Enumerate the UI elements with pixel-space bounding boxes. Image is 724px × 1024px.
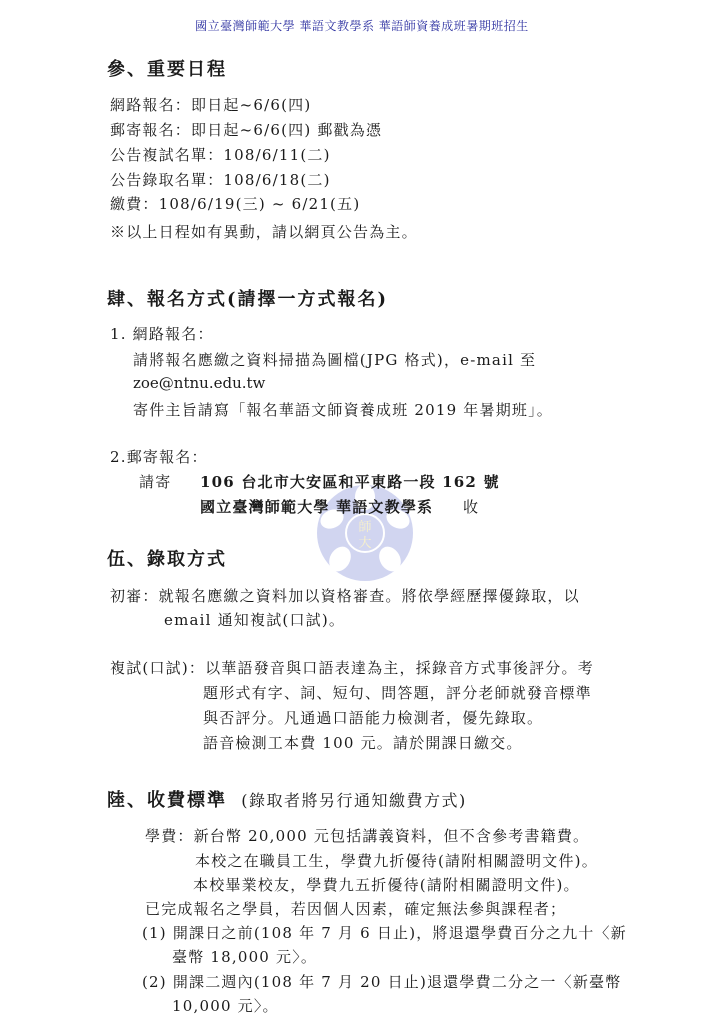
second-review-text: 題形式有字、詞、短句、問答題，評分老師就發音標準 [203,682,592,703]
page-header: 國立臺灣師範大學 華語文教學系 華語師資養成班暑期班招生 [0,17,724,34]
second-review-text: 與否評分。凡通過口語能力檢測者，優先錄取。 [203,707,543,728]
section-heading-admission: 伍、錄取方式 [107,545,227,571]
schedule-item: 郵寄報名：即日起~6/6(四) 郵戳為憑 [110,119,382,140]
initial-review-text: 初審：就報名應繳之資料加以資格審查。將依學經歷擇優錄取，以 [110,585,580,606]
schedule-note: ※以上日程如有異動，請以網頁公告為主。 [110,221,418,242]
fees-heading-note: (錄取者將另行通知繳費方式) [241,791,467,810]
online-registration-subject: 寄件主旨請寫「報名華語文師資養成班 2019 年暑期班」。 [133,399,553,420]
online-registration-label: 1. 網路報名： [110,323,214,344]
logo-text-top: 師 [358,520,371,535]
initial-review-text: email 通知複試(口試)。 [164,609,345,630]
alumni-discount-text: 本校畢業校友，學費九五折優待(請附相關證明文件)。 [193,874,580,895]
mail-address-line1: 106 台北市大安區和平東路一段 162 號 [200,471,500,492]
tuition-text: 學費：新台幣 20,000 元包括講義資料，但不含參考書籍費。 [145,825,589,846]
schedule-item: 公告錄取名單：108/6/18(二) [110,169,331,190]
refund-item-1-cont: 臺幣 18,000 元〉。 [172,946,317,967]
schedule-item: 網路報名：即日起~6/6(四) [110,94,311,115]
refund-item-1: (1) 開課日之前(108 年 7 月 6 日止)，將退還學費百分之九十〈新 [142,922,627,943]
schedule-item: 公告複試名單：108/6/11(二) [110,144,331,165]
second-review-text: 複試(口試)：以華語發音與口語表達為主，採錄音方式事後評分。考 [110,657,594,678]
mail-send-label: 請寄 [139,471,171,492]
second-review-text: 語音檢測工本費 100 元。請於開課日繳交。 [203,732,523,753]
mail-receive: 收 [463,496,479,517]
section-heading-schedule: 參、重要日程 [107,55,227,81]
section-heading-registration: 肆、報名方式(請擇一方式報名) [107,285,388,311]
refund-intro-text: 已完成報名之學員，若因個人因素，確定無法參與課程者； [145,898,566,919]
online-registration-text: 請將報名應繳之資料掃描為圖檔(JPG 格式)，e-mail 至 [133,349,536,370]
schedule-item: 繳費：108/6/19(三) ~ 6/21(五) [110,193,360,214]
fees-heading-title: 陸、收費標準 [107,790,227,811]
registration-email-link[interactable]: zoe@ntnu.edu.tw [133,374,265,392]
section-heading-fees: 陸、收費標準 (錄取者將另行通知繳費方式) [107,786,467,812]
refund-item-2-cont: 10,000 元〉。 [172,995,279,1016]
staff-discount-text: 本校之在職員工生，學費九折優待(請附相關證明文件)。 [195,850,598,871]
mail-address-line2: 國立臺灣師範大學 華語文教學系 [200,496,433,517]
logo-text-bottom: 大 [358,535,371,551]
mail-registration-label: 2.郵寄報名： [110,446,208,467]
refund-item-2: (2) 開課二週內(108 年 7 月 20 日止)退還學費二分之一〈新臺幣 [142,971,621,992]
